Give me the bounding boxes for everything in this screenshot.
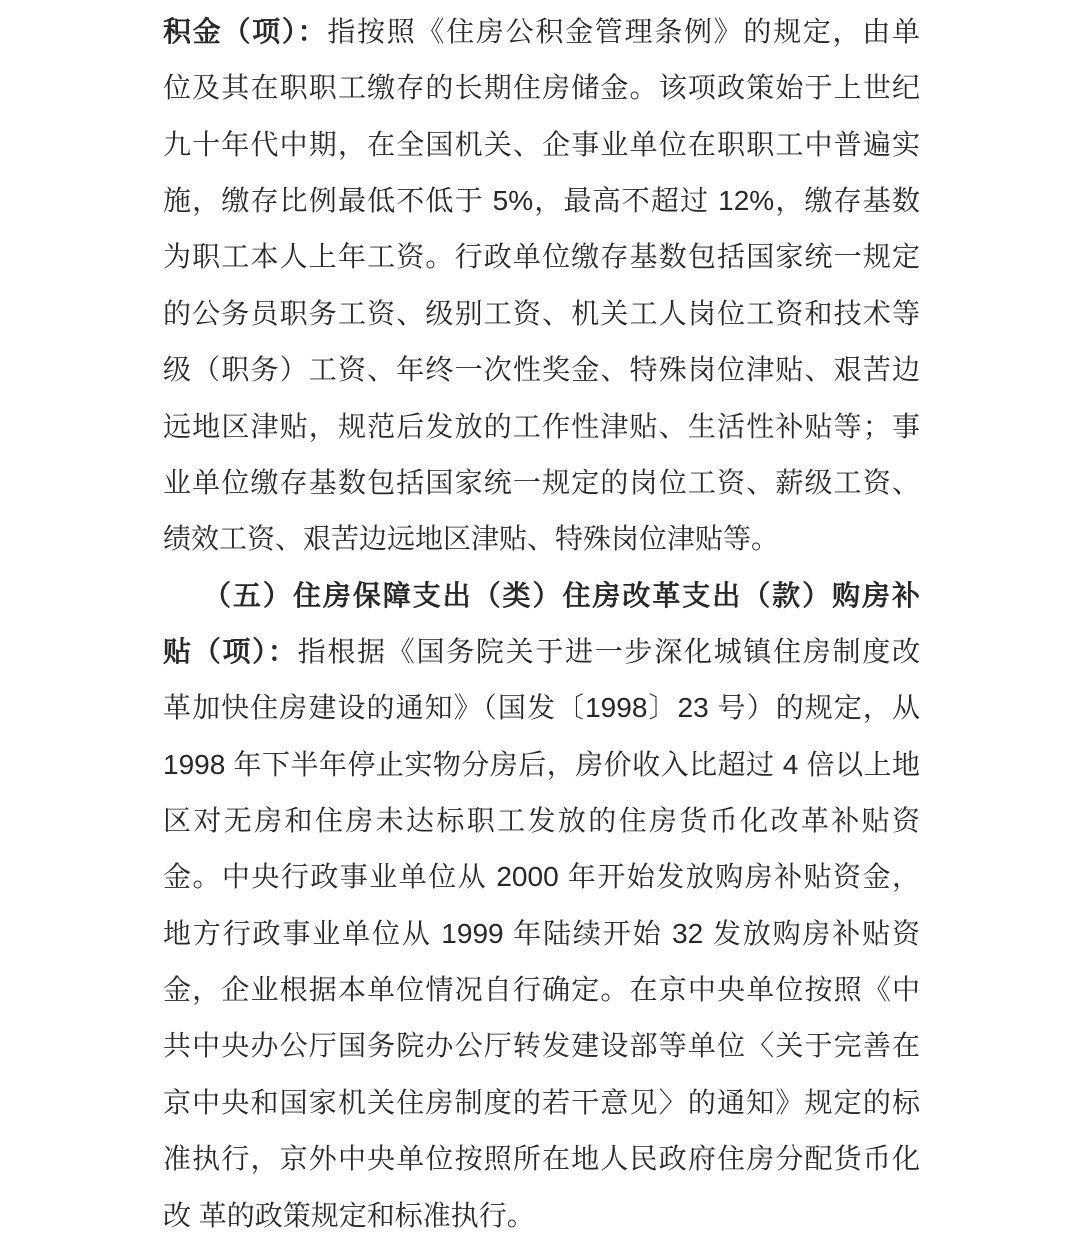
text-segment: 1998 年下半年停止实物分房后，房价收入比超过 4 倍以上地 bbox=[163, 749, 920, 780]
text-segment: 改 革的政策规定和标准执行。 bbox=[163, 1200, 535, 1231]
text-line: 积金（项）：指按照《住房公积金管理条例》的规定，由单 bbox=[163, 4, 920, 60]
bold-text-segment: 贴（项）： bbox=[163, 636, 298, 667]
text-line: 1998 年下半年停止实物分房后，房价收入比超过 4 倍以上地 bbox=[163, 737, 920, 793]
text-line: 改 革的政策规定和标准执行。 bbox=[163, 1188, 920, 1244]
bold-text-segment: 积金（项）： bbox=[163, 16, 327, 47]
text-segment: 金。中央行政事业单位从 2000 年开始发放购房补贴资金， bbox=[163, 861, 920, 892]
text-segment: 指按照《住房公积金管理条例》的规定，由单 bbox=[327, 16, 920, 47]
text-line: 金，企业根据本单位情况自行确定。在京中央单位按照《中 bbox=[163, 962, 920, 1018]
text-line: 为职工本人上年工资。行政单位缴存基数包括国家统一规定 bbox=[163, 229, 920, 285]
text-segment: 指根据《国务院关于进一步深化城镇住房制度改 bbox=[298, 636, 920, 667]
text-line: 位及其在职职工缴存的长期住房储金。该项政策始于上世纪 bbox=[163, 60, 920, 116]
text-segment: 共中央办公厅国务院办公厅转发建设部等单位〈关于完善在 bbox=[163, 1030, 920, 1061]
text-line: 贴（项）：指根据《国务院关于进一步深化城镇住房制度改 bbox=[163, 624, 920, 680]
text-segment: 业单位缴存基数包括国家统一规定的岗位工资、薪级工资、 bbox=[163, 467, 920, 498]
text-line: 绩效工资、艰苦边远地区津贴、特殊岗位津贴等。 bbox=[163, 511, 920, 567]
text-line: 地方行政事业单位从 1999 年陆续开始 32 发放购房补贴资 bbox=[163, 906, 920, 962]
text-segment: 地方行政事业单位从 1999 年陆续开始 32 发放购房补贴资 bbox=[163, 918, 920, 949]
text-line: 区对无房和住房未达标职工发放的住房货币化改革补贴资 bbox=[163, 793, 920, 849]
text-segment: 远地区津贴，规范后发放的工作性津贴、生活性补贴等；事 bbox=[163, 411, 920, 442]
text-line: 级（职务）工资、年终一次性奖金、特殊岗位津贴、艰苦边 bbox=[163, 342, 920, 398]
text-line: 准执行，京外中央单位按照所在地人民政府住房分配货币化 bbox=[163, 1131, 920, 1187]
text-segment: 级（职务）工资、年终一次性奖金、特殊岗位津贴、艰苦边 bbox=[163, 354, 920, 385]
text-segment: 绩效工资、艰苦边远地区津贴、特殊岗位津贴等。 bbox=[163, 523, 779, 554]
text-segment: 革加快住房建设的通知》（国发〔1998〕23 号）的规定，从 bbox=[163, 692, 920, 723]
document-body: 积金（项）：指按照《住房公积金管理条例》的规定，由单位及其在职职工缴存的长期住房… bbox=[163, 4, 920, 1244]
text-line: 共中央办公厅国务院办公厅转发建设部等单位〈关于完善在 bbox=[163, 1018, 920, 1074]
text-segment: 金，企业根据本单位情况自行确定。在京中央单位按照《中 bbox=[163, 974, 920, 1005]
text-line: 施，缴存比例最低不低于 5%，最高不超过 12%，缴存基数 bbox=[163, 173, 920, 229]
bold-text-segment: （五）住房保障支出（类）住房改革支出（款）购房补 bbox=[203, 580, 920, 611]
text-segment: 施，缴存比例最低不低于 5%，最高不超过 12%，缴存基数 bbox=[163, 185, 920, 216]
text-line: 的公务员职务工资、级别工资、机关工人岗位工资和技术等 bbox=[163, 286, 920, 342]
text-line: 远地区津贴，规范后发放的工作性津贴、生活性补贴等；事 bbox=[163, 399, 920, 455]
text-line: 金。中央行政事业单位从 2000 年开始发放购房补贴资金， bbox=[163, 849, 920, 905]
text-segment: 的公务员职务工资、级别工资、机关工人岗位工资和技术等 bbox=[163, 298, 920, 329]
text-segment: 位及其在职职工缴存的长期住房储金。该项政策始于上世纪 bbox=[163, 72, 920, 103]
text-segment: 区对无房和住房未达标职工发放的住房货币化改革补贴资 bbox=[163, 805, 920, 836]
text-line: 京中央和国家机关住房制度的若干意见〉的通知》规定的标 bbox=[163, 1075, 920, 1131]
text-line: 业单位缴存基数包括国家统一规定的岗位工资、薪级工资、 bbox=[163, 455, 920, 511]
document-page: 积金（项）：指按照《住房公积金管理条例》的规定，由单位及其在职职工缴存的长期住房… bbox=[0, 0, 1080, 1244]
text-segment: 准执行，京外中央单位按照所在地人民政府住房分配货币化 bbox=[163, 1143, 920, 1174]
text-line: 九十年代中期，在全国机关、企事业单位在职职工中普遍实 bbox=[163, 117, 920, 173]
text-segment: 京中央和国家机关住房制度的若干意见〉的通知》规定的标 bbox=[163, 1087, 920, 1118]
text-segment: 九十年代中期，在全国机关、企事业单位在职职工中普遍实 bbox=[163, 129, 920, 160]
text-line: 革加快住房建设的通知》（国发〔1998〕23 号）的规定，从 bbox=[163, 680, 920, 736]
text-segment: 为职工本人上年工资。行政单位缴存基数包括国家统一规定 bbox=[163, 241, 920, 272]
text-line: （五）住房保障支出（类）住房改革支出（款）购房补 bbox=[163, 568, 920, 624]
